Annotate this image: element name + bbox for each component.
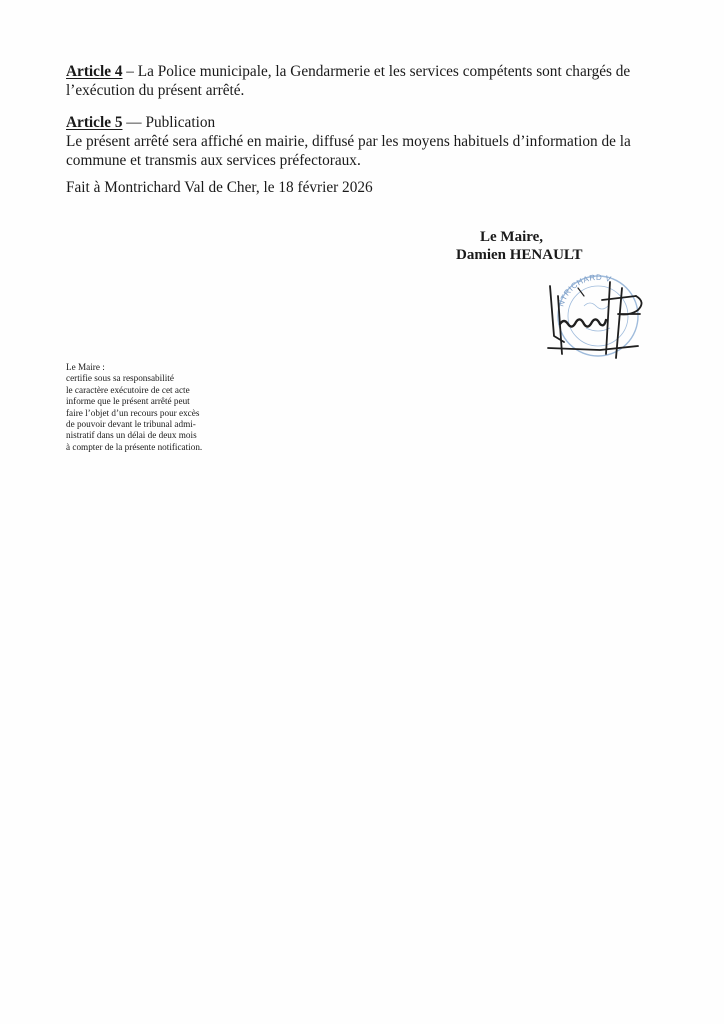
article-5-label: Article 5 <box>66 114 122 131</box>
official-stamp-signature-icon: NTRICHARD V <box>540 266 652 362</box>
legal-notice: Le Maire : certifie sous sa responsabili… <box>66 362 202 453</box>
place-date-line: Fait à Montrichard Val de Cher, le 18 fé… <box>66 178 373 197</box>
article-4-text-line2: l’exécution du présent arrêté. <box>66 81 630 100</box>
notice-line: informe que le présent arrêté peut <box>66 396 202 407</box>
notice-line: faire l’objet d’un recours pour excès <box>66 408 202 419</box>
notice-line: Le Maire : <box>66 362 202 373</box>
article-4-separator: – <box>122 63 137 80</box>
notice-line: à compter de la présente notification. <box>66 442 202 453</box>
article-5-separator: — <box>122 114 145 131</box>
article-4: Article 4 – La Police municipale, la Gen… <box>66 62 630 100</box>
signatory-title: Le Maire, <box>440 228 660 246</box>
article-5: Article 5 — Publication Le présent arrêt… <box>66 113 631 170</box>
article-5-text-line1: Le présent arrêté sera affiché en mairie… <box>66 132 631 151</box>
signature-block: Le Maire, Damien HENAULT <box>440 228 660 264</box>
article-4-label: Article 4 <box>66 63 122 80</box>
stamp-text: NTRICHARD V <box>556 273 612 308</box>
signatory-name: Damien HENAULT <box>440 246 660 264</box>
notice-line: certifie sous sa responsabilité <box>66 373 202 384</box>
article-5-heading: Publication <box>145 114 215 131</box>
article-4-text-line1: La Police municipale, la Gendarmerie et … <box>138 63 630 80</box>
svg-text:NTRICHARD V: NTRICHARD V <box>556 273 612 308</box>
notice-line: nistratif dans un délai de deux mois <box>66 430 202 441</box>
notice-line: de pouvoir devant le tribunal admi- <box>66 419 202 430</box>
document-page: Article 4 – La Police municipale, la Gen… <box>0 0 724 1024</box>
article-5-text-line2: commune et transmis aux services préfect… <box>66 151 631 170</box>
notice-line: le caractère exécutoire de cet acte <box>66 385 202 396</box>
